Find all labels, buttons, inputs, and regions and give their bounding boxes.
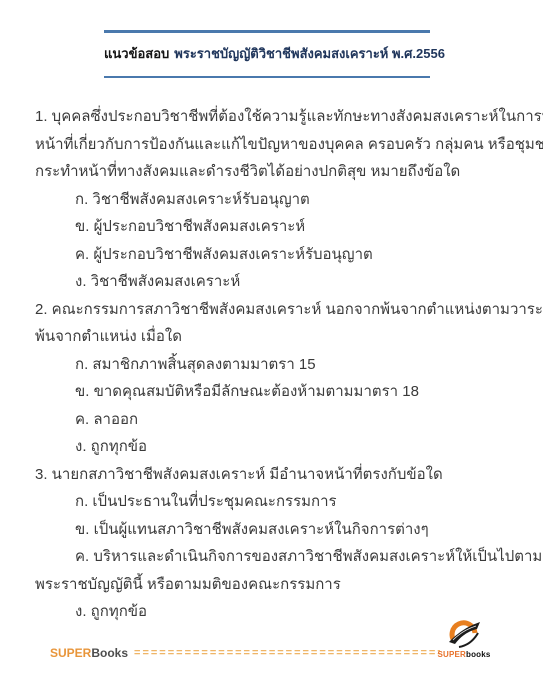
superbooks-logo-text: SUPERbooks [436, 650, 492, 659]
document-header: แนวข้อสอบพระราชบัญญัติวิชาชีพสังคมสงเครา… [104, 30, 430, 78]
choice-line: ข. เป็นผู้แทนสภาวิชาชีพสังคมสงเคราะห์ในก… [35, 516, 518, 544]
question-line: 1. บุคคลซึ่งประกอบวิชาชีพที่ต้องใช้ความร… [35, 103, 518, 131]
choice-line: ง. ถูกทุกข้อ [35, 433, 518, 461]
title-rest: พระราชบัญญัติวิชาชีพสังคมสงเคราะห์ พ.ศ.2… [174, 46, 445, 61]
choice-line: ค. ผู้ประกอบวิชาชีพสังคมสงเคราะห์รับอนุญ… [35, 241, 518, 269]
question-line: 2. คณะกรรมการสภาวิชาชีพสังคมสงเคราะห์ นอ… [35, 296, 518, 324]
title-prefix: แนวข้อสอบ [104, 46, 169, 61]
question-line: พระราชบัญญัตินี้ หรือตามมติของคณะกรรมการ [35, 571, 518, 599]
footer-brand-rest: Books [91, 646, 128, 660]
footer-divider: ========================================… [134, 647, 440, 659]
footer-brand: SUPERBooks [50, 646, 128, 660]
question-block: 1. บุคคลซึ่งประกอบวิชาชีพที่ต้องใช้ความร… [35, 103, 518, 296]
choice-line: ข. ขาดคุณสมบัติหรือมีลักษณะต้องห้ามตามมา… [35, 378, 518, 406]
question-line: 3. นายกสภาวิชาชีพสังคมสงเคราะห์ มีอำนาจห… [35, 461, 518, 489]
questions: 1. บุคคลซึ่งประกอบวิชาชีพที่ต้องใช้ความร… [35, 103, 518, 626]
choice-line: ง. วิชาชีพสังคมสงเคราะห์ [35, 268, 518, 296]
page-title: แนวข้อสอบพระราชบัญญัติวิชาชีพสังคมสงเครา… [104, 33, 430, 76]
footer-brand-accent: SUPER [50, 646, 91, 660]
superbooks-logo: SUPERbooks [436, 617, 492, 665]
choice-line: ข. ผู้ประกอบวิชาชีพสังคมสงเคราะห์ [35, 213, 518, 241]
question-line: หน้าที่เกี่ยวกับการป้องกันและแก้ไขปัญหาข… [35, 131, 518, 159]
logo-text-accent: SUPER [437, 650, 466, 659]
choice-line: ก. สมาชิกภาพสิ้นสุดลงตามมาตรา 15 [35, 351, 518, 379]
choice-line: ค. บริหารและดำเนินกิจการของสภาวิชาชีพสัง… [35, 543, 518, 571]
question-line: กระทำหน้าที่ทางสังคมและดำรงชีวิตได้อย่าง… [35, 158, 518, 186]
question-block: 2. คณะกรรมการสภาวิชาชีพสังคมสงเคราะห์ นอ… [35, 296, 518, 461]
logo-text-rest: books [466, 650, 491, 659]
document-page: แนวข้อสอบพระราชบัญญัติวิชาชีพสังคมสงเครา… [0, 0, 543, 695]
footer: SUPERBooks =============================… [50, 646, 440, 660]
choice-line: ค. ลาออก [35, 406, 518, 434]
header-bottom-rule [104, 76, 430, 78]
superbooks-logo-icon [447, 617, 481, 649]
question-block: 3. นายกสภาวิชาชีพสังคมสงเคราะห์ มีอำนาจห… [35, 461, 518, 626]
choice-line: ก. วิชาชีพสังคมสงเคราะห์รับอนุญาต [35, 186, 518, 214]
question-line: พ้นจากตำแหน่ง เมื่อใด [35, 323, 518, 351]
choice-line: ก. เป็นประธานในที่ประชุมคณะกรรมการ [35, 488, 518, 516]
